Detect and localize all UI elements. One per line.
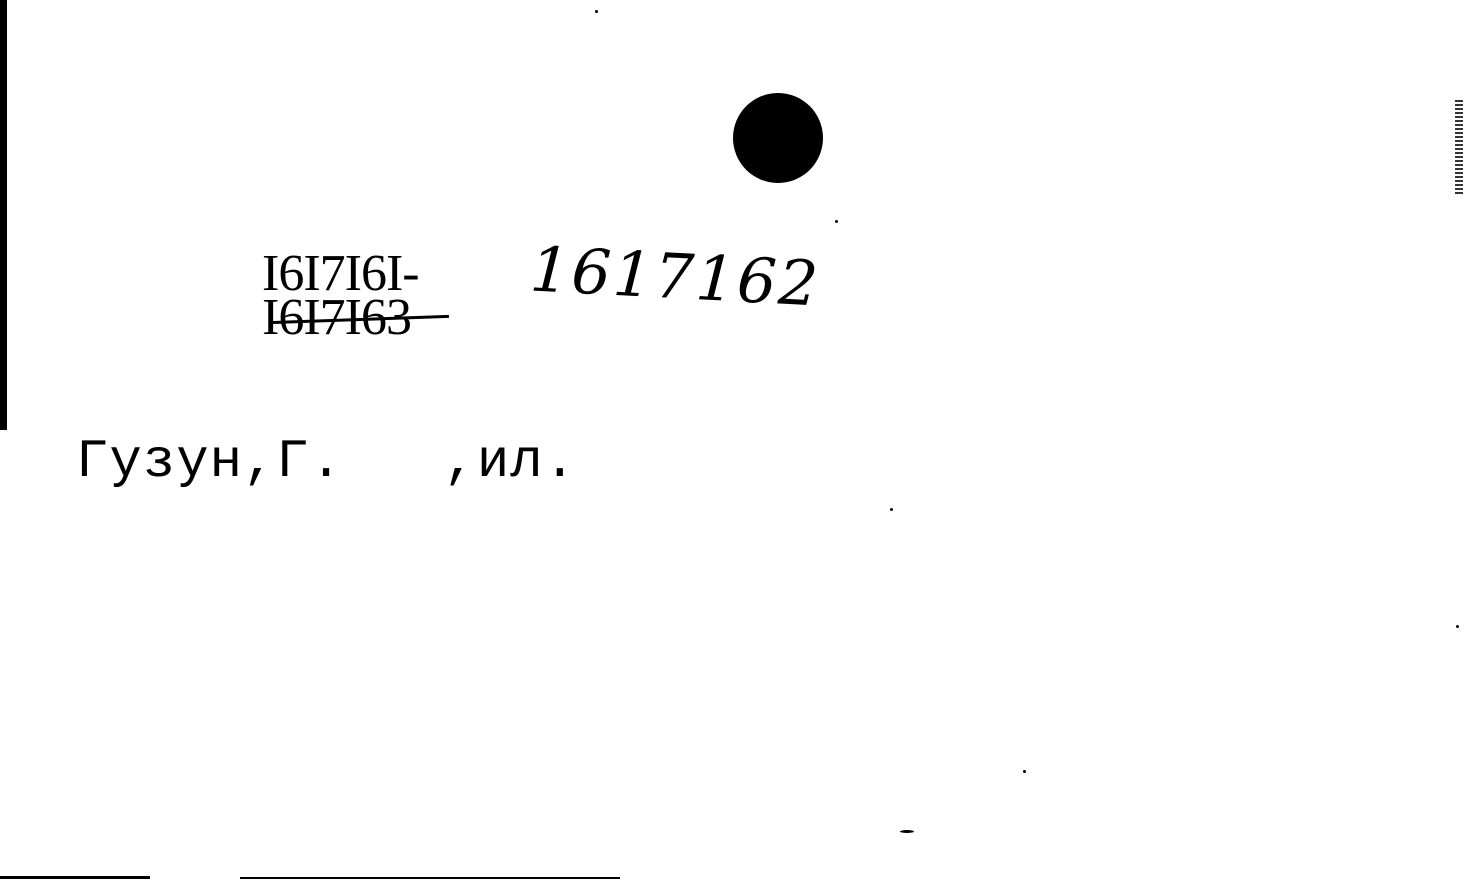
- speck: [595, 10, 598, 13]
- scan-edge-pattern: [1455, 98, 1463, 194]
- punch-hole: [733, 93, 823, 183]
- speck: [890, 508, 893, 511]
- scan-bottom-edge: [240, 877, 620, 879]
- speck: [900, 830, 914, 833]
- call-number-struck: I6I7I63: [262, 296, 411, 340]
- scan-bottom-edge: [0, 876, 150, 879]
- handwritten-correction: 1617162: [528, 232, 822, 320]
- scan-left-edge: [0, 0, 7, 430]
- author-entry: Гузун,Г. ,ил.: [76, 432, 577, 493]
- speck: [1023, 770, 1026, 773]
- call-number: I6I7I6I- I6I7I63: [262, 252, 419, 340]
- speck: [835, 220, 838, 223]
- speck: [1456, 625, 1459, 628]
